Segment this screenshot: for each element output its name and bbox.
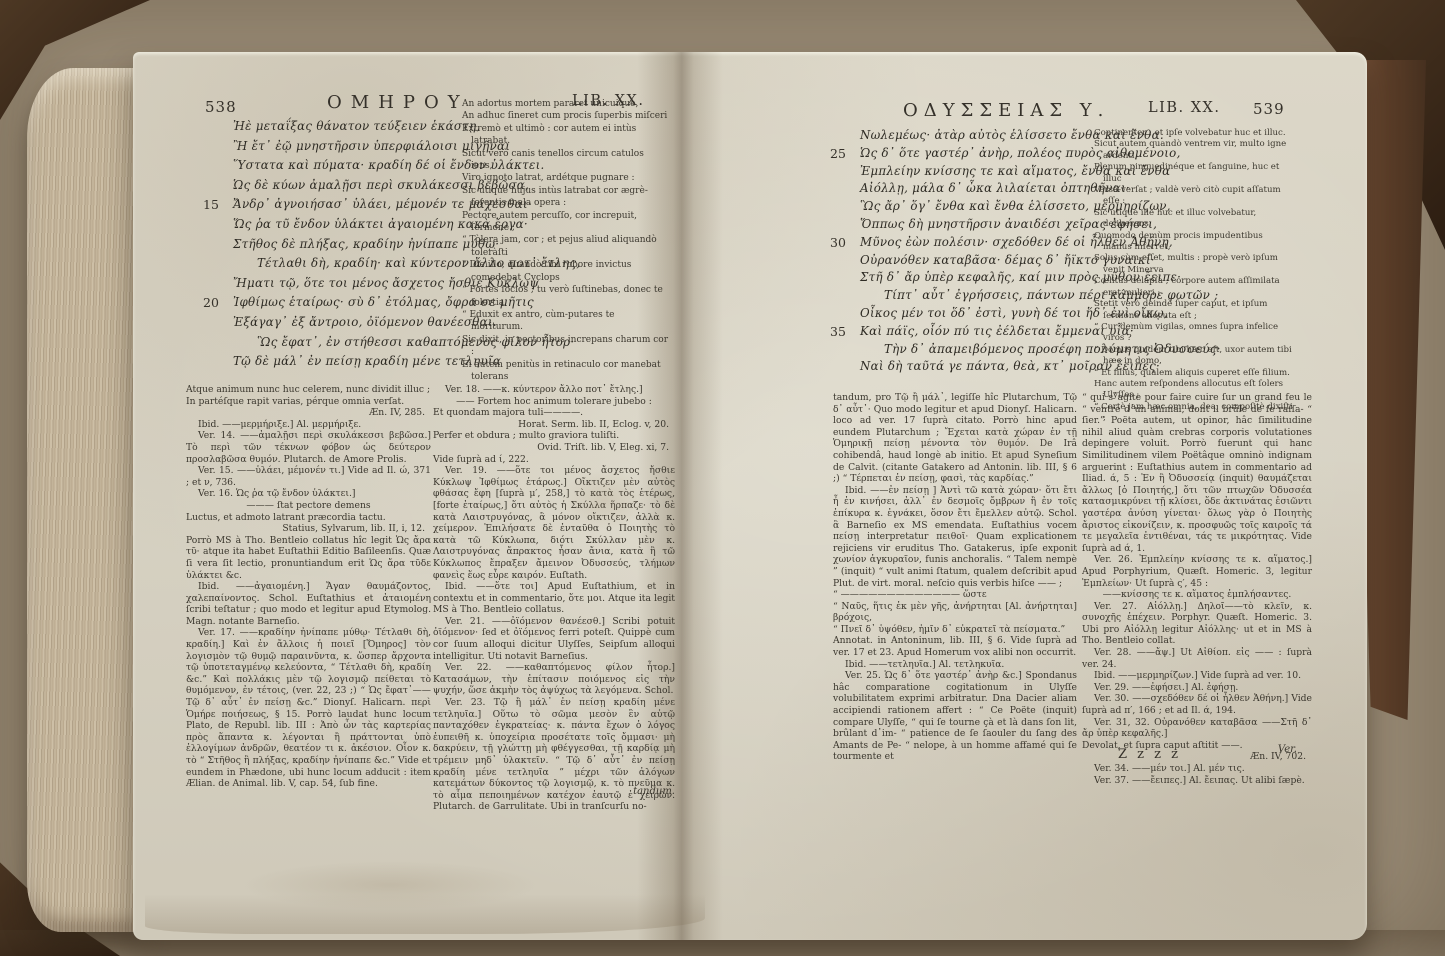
verse-line-number [830, 269, 860, 287]
verse-line-number [830, 163, 860, 181]
latin-gloss-line: “ Fortes ſocios ; tu verò ſuſtinebas, do… [462, 284, 668, 309]
latin-gloss-line: An adhuc ſineret cum procis ſuperbis miſ… [462, 110, 668, 122]
greek-verse-line: Τὴν δ᾽ ἀπαμειβόμενος προσέφη πολύμητις Ὀ… [830, 341, 1090, 359]
latin-gloss-line: Viro ignoto latrat, ardétque pugnare : [462, 172, 668, 184]
commentary-paragraph: Statius, Sylvarum, lib. II, i, 12. [186, 523, 431, 535]
latin-gloss-line: Sic utique ille huc et illuc volvebatur,… [1094, 208, 1294, 231]
page-bottom-shading [145, 894, 705, 934]
latin-gloss-line: Pectore autem percuſſo, cor increpuit, ſ… [462, 210, 668, 235]
commentary-column-2-right: “ qui s᾽agite pour faire cuire ſur un gr… [1082, 392, 1312, 786]
commentary-paragraph: Porrò MS à Tho. Bentleio collatus hîc le… [186, 535, 431, 581]
greek-verse-block-right: Νωλεμέως· ἀτὰρ αὐτὸς ἑλίσσετο ἔνθα καὶ ἔ… [830, 127, 1090, 376]
verse-line-number [830, 198, 860, 216]
commentary-paragraph: In partéſque rapit varias, pérque omnia … [186, 396, 431, 408]
verse-line-number [203, 352, 233, 372]
commentary-paragraph: Ibid. ——μερμήριξε.] Al. μερμήριξε. [186, 419, 431, 431]
commentary-paragraph: Ver. 18. ——κ. κύντερον ἄλλο ποτ᾽ ἔτλης.] [433, 384, 675, 396]
greek-verse-line: Στῆθος δὲ πλήξας, κραδίην ἠνίπαπε μύθῳ· [203, 235, 459, 255]
verse-line-number [203, 156, 233, 176]
verse-line-number [203, 215, 233, 235]
latin-gloss-line: Plenum pinguedinéque et ſanguine, huc et… [1094, 162, 1294, 185]
commentary-paragraph: Annotat. in Antoninum, lib. III, § 6. Vi… [833, 635, 1077, 658]
greek-verse-line: Ἤματι τῷ, ὅτε τοι μένος ἄσχετος ἤσθιε Κύ… [203, 274, 459, 294]
verse-line-number [203, 254, 233, 274]
greek-verse-line: Ναὶ δὴ ταῦτά γε πάντα, θεὰ, κτ᾽ μοῖραν ἔ… [830, 358, 1090, 376]
latin-gloss-line: “ Die illo, quandò tibi robore invictus … [462, 259, 668, 284]
verse-line-number: 25 [830, 145, 860, 163]
commentary-paragraph: Ver. 37. ——ἔειπες.] Al. ἔειπας. Ut alibi… [1082, 775, 1312, 787]
latin-gloss-line: Versâ-verſat ; valdè verò citò cupit aſſ… [1094, 185, 1294, 208]
commentary-paragraph: Ver. 30. ——σχεδόθεν δέ οἱ ἦλθεν Ἀθήνη.] … [1082, 693, 1312, 716]
photo-of-open-antique-book: 538 ΟΜΗΡΟΥ LIB. XX. Ἠὲ μεταΐξας θάνατον … [0, 0, 1445, 956]
greek-verse-line: Αἰόλλῃ, μάλα δ᾽ ὦκα λιλαίεται ὀπτηθῆναι· [830, 180, 1090, 198]
verse-line-number: 30 [830, 234, 860, 252]
commentary-paragraph: Æn. IV, 285. [186, 407, 431, 419]
greek-verse-line: Ἐμπλείην κνίσσης τε καὶ αἵματος, ἔνθα κα… [830, 163, 1090, 181]
catchword-left: tandum. [600, 786, 675, 797]
commentary-paragraph: “ Πνεῖ δ᾽ ὑψόθεν, ἡμῖν δ᾽ εὐκρατεῖ τὰ πε… [833, 624, 1077, 636]
verse-line-number: 20 [203, 293, 233, 313]
latin-gloss-column-left: An adortus mortem pararet unicuique, An … [462, 98, 668, 383]
verse-line-text: Στῆθος δὲ πλήξας, κραδίην ἠνίπαπε μύθῳ· [233, 235, 499, 255]
verse-line-number [203, 117, 233, 137]
verse-line-text: Ἐξάγαγ᾽ ἐξ ἄντροιο, ὀϊόμενον θανέεσθαι. [233, 313, 497, 333]
commentary-paragraph: Ver. 17. ——κραδίην ἠνίπαπε μύθῳ· Τέτλαθι… [186, 627, 431, 789]
greek-verse-line: Τίπτ᾽ αὖτ᾽ ἐγρήσσεις, πάντων πέρι κάμμορ… [830, 287, 1090, 305]
latin-gloss-line: Stetit verò deindè ſuper caput, et ipſum… [1094, 299, 1294, 322]
latin-gloss-line: Ei autem penitùs in retinaculo cor maneb… [462, 359, 668, 384]
verse-line-number [830, 252, 860, 270]
greek-verse-line: Ὡς δὲ κύων ἀμαλῇσι περὶ σκυλάκεσσι βεβῶσ… [203, 176, 459, 196]
latin-gloss-line: Sicut autem quandò ventrem vir, multo ig… [1094, 139, 1294, 162]
latin-gloss-column-right: Continenter ; et ipſe volvebatur huc et … [1094, 128, 1294, 425]
greek-verse-line: Οἶκος μέν τοι ὅδ᾽ ἐστὶ, γυνὴ δέ τοι ἥδ᾽ … [830, 305, 1090, 323]
commentary-paragraph: Ver. 15. ——ὑλάει, μέμονέν τι.] Vide ad I… [186, 465, 431, 488]
latin-gloss-line: Quomodo demùm procis impudentibus manus … [1094, 231, 1294, 254]
greek-verse-line: Ἢ ἔτ᾽ ἐῷ μνηστῆρσιν ὑπερφιάλοισι μιγῆναι [203, 137, 459, 157]
latin-gloss-line: Sic dixit, in pectoribus increpans charu… [462, 334, 668, 359]
commentary-paragraph: “ qui s᾽agite pour faire cuire ſur un gr… [1082, 392, 1312, 554]
greek-verse-line: 30 Μῦνος ἐὼν πολέσιν· σχεδόθεν δέ οἱ ἦλθ… [830, 234, 1090, 252]
commentary-paragraph: Ibid. ——ἀγαιομένη.] Ἄγαν θαυμάζοντος, χα… [186, 581, 431, 627]
commentary-paragraph: Ver. 26. Ἐμπλείην κνίσσης τε κ. αἵματος.… [1082, 554, 1312, 589]
commentary-paragraph: Ver. 16. Ὡς ῥα τῷ ἔνδον ὑλάκτει.] [186, 488, 431, 500]
commentary-paragraph: Horat. Serm. lib. II, Eclog. v, 20. [433, 419, 675, 431]
greek-verse-line: Ὣς ἔφατ᾽, ἐν στήθεσσι καθαπτόμενος φίλον… [203, 333, 459, 353]
commentary-paragraph: Ver. 28. ——ἄψ.] Ut Αἰθίοπ. εἰς —— : ſupr… [1082, 647, 1312, 670]
latin-gloss-line: Solus cùm-eſſet, multis : propè verò ipſ… [1094, 253, 1294, 276]
latin-gloss-line: “ Cur demùm vigilas, omnes ſupra infelic… [1094, 322, 1294, 345]
greek-verse-line: Τέτλαθι δὴ, κραδίη· καὶ κύντερον ἄλλο πο… [203, 254, 459, 274]
greek-verse-line: Τῷ δὲ μάλ᾽ ἐν πείσῃ κραδίη μένε τετληυῖα [203, 352, 459, 372]
commentary-paragraph: Perfer et obdura ; multo graviora tuliſt… [433, 430, 675, 442]
commentary-paragraph: “ Ναῦς, ἥτις ἐκ μὲν γῆς, ἀνήρτηται [Al. … [833, 601, 1077, 624]
commentary-paragraph: Et quondam majora tuli————. [433, 407, 675, 419]
greek-verse-line: Ὕστατα καὶ πύματα· κραδίη δέ οἱ ἔνδον ὑλ… [203, 156, 459, 176]
greek-verse-line: Ὅππως δὴ μνηστῆρσιν ἀναιδέσι χεῖρας ἐφήσ… [830, 216, 1090, 234]
commentary-paragraph: Luctus, et admoto latrant præcordia tact… [186, 512, 431, 524]
latin-gloss-line: Cœlitùs delapſa ; corpore autem aſſimila… [1094, 276, 1294, 299]
commentary-column-1-left: Atque animum nunc huc celerem, nunc divi… [186, 384, 431, 790]
greek-verse-line: Νωλεμέως· ἀτὰρ αὐτὸς ἑλίσσετο ἔνθα καὶ ἔ… [830, 127, 1090, 145]
latin-gloss-line: An adortus mortem pararet unicuique, [462, 98, 668, 110]
verse-line-number [203, 235, 233, 255]
greek-verse-line: 35 Καὶ πάϊς, οἷόν πύ τις ἐέλδεται ἔμμενα… [830, 323, 1090, 341]
verse-line-number [830, 127, 860, 145]
verse-line-number [830, 305, 860, 323]
verse-line-text: Καὶ πάϊς, οἷόν πύ τις ἐέλδεται ἔμμεναι υ… [860, 323, 1134, 341]
verse-line-text: Αἰόλλῃ, μάλα δ᾽ ὦκα λιλαίεται ὀπτηθῆναι· [860, 180, 1130, 198]
greek-verse-line: Ὣς ἄρ᾽ ὅγ᾽ ἔνθα καὶ ἔνθα ἑλίσσετο, μερμη… [830, 198, 1090, 216]
running-title-left: ΟΜΗΡΟΥ [327, 92, 469, 113]
latin-gloss-line: “ Tòlera jam, cor ; et pejus aliud aliqu… [462, 234, 668, 259]
commentary-paragraph: —— Fortem hoc animum tolerare jubebo : [433, 396, 675, 408]
verse-line-number [203, 313, 233, 333]
commentary-paragraph: Ibid. ——ὅτε τοι] Apud Euſtathium, et in … [433, 581, 675, 616]
commentary-paragraph: ——— ſtat pectore demens [186, 500, 431, 512]
verse-line-text: Τῷ δὲ μάλ᾽ ἐν πείσῃ κραδίη μένε τετληυῖα [233, 352, 501, 372]
commentary-paragraph: Ver. 29. ——ἐφήσει.] Al. ἐφήσῃ. [1082, 682, 1312, 694]
verse-line-number [203, 274, 233, 294]
commentary-paragraph: “ ————————————— ὥστε [833, 589, 1077, 601]
commentary-paragraph: Ver. 14. ——ἀμαλῇσι περὶ σκυλάκεσσι βεβῶσ… [186, 430, 431, 465]
latin-gloss-line: Extremò et ultimò : cor autem ei intùs l… [462, 123, 668, 148]
latin-gloss-line: “ Eduxit ex antro, cùm-putares te moritu… [462, 309, 668, 334]
page-number-left: 538 [205, 98, 237, 116]
latin-gloss-line: “ Et filius, qualem aliquis cuperet eſſe… [1094, 368, 1294, 379]
commentary-paragraph: Ver. 34. ——μέν τοι.] Al. μέν τις. [1082, 763, 1312, 775]
verse-line-number [830, 358, 860, 376]
verse-line-number [830, 216, 860, 234]
verse-line-number [203, 176, 233, 196]
verse-line-number [830, 180, 860, 198]
commentary-paragraph: Ver. 25. Ὡς δ᾽ ὅτε γαστέρ᾽ ἀνὴρ &c.] Spo… [833, 670, 1077, 763]
latin-gloss-line: Sic utique hujus intùs latrabat cor ægrè… [462, 185, 668, 210]
verse-line-number [830, 287, 860, 305]
commentary-paragraph: Ver. 22. ——καθαπτόμενος φίλον ἦτορ.] Κατ… [433, 662, 675, 697]
greek-verse-line: Στῆ δ᾽ ἄρ ὑπὲρ κεφαλῆς, καί μιν πρὸς μῦθ… [830, 269, 1090, 287]
verse-line-number: 35 [830, 323, 860, 341]
commentary-column-2-left: Ver. 18. ——κ. κύντερον ἄλλο ποτ᾽ ἔτλης.]… [433, 384, 675, 813]
greek-verse-line: 25 Ὡς δ᾽ ὅτε γαστέρ᾽ ἀνὴρ, πολέος πυρὸς … [830, 145, 1090, 163]
greek-verse-line: Οὐρανόθεν καταβᾶσα· δέμας δ᾽ ἤϊκτο γυναι… [830, 252, 1090, 270]
greek-verse-line: 20 Ἰφθίμως ἑταίρως· σὺ δ᾽ ἐτόλμας, ὄφρα … [203, 293, 459, 313]
commentary-paragraph: Ibid. ——ἐν πείσῃ ] Ἀντὶ τῶ κατὰ χώραν· ὅ… [833, 485, 1077, 589]
commentary-paragraph: Ibid. ——τετληυῖα.] Al. τετληκυῖα. [833, 659, 1077, 671]
commentary-paragraph: ——κνίσσης τε κ. αἵματος ἐμπλήσαντες. [1082, 589, 1312, 601]
commentary-paragraph: Ver. 31, 32. Οὐρανόθεν καταβᾶσα ——Στῆ δ᾽… [1082, 717, 1312, 740]
page-number-right: 539 [1253, 100, 1285, 118]
verse-line-number [203, 333, 233, 353]
greek-verse-line: Ὥς ῥα τῦ ἔνδον ὑλάκτει ἀγαιομένη κακὰ ἔρ… [203, 215, 459, 235]
commentary-paragraph: Ibid. ——μερμηρίζων.] Vide ſuprà ad ver. … [1082, 670, 1312, 682]
commentary-paragraph: Ver. 21. ——ὀϊόμενον θανέεσθ.] Scribi pot… [433, 616, 675, 662]
greek-verse-block-left: Ἠὲ μεταΐξας θάνατον τεύξειεν ἑκάστῃ, Ἢ ἔ… [203, 117, 459, 372]
verse-line-text: Ἠὲ μεταΐξας θάνατον τεύξειεν ἑκάστῃ, [233, 117, 481, 137]
greek-verse-line: Ἐξάγαγ᾽ ἐξ ἄντροιο, ὀϊόμενον θανέεσθαι. [203, 313, 459, 333]
verse-line-number [830, 341, 860, 359]
commentary-paragraph: Atque animum nunc huc celerem, nunc divi… [186, 384, 431, 396]
stacked-page-edges-left [27, 68, 143, 932]
catchword-right: Ver. [1235, 744, 1297, 755]
greek-verse-line: 15 Ἄνδρ᾽ ἀγνοιήσασ᾽ ὑλάει, μέμονέν τε μά… [203, 195, 459, 215]
gathering-signature: Z z z z [1118, 747, 1181, 762]
commentary-paragraph: Ver. 19. ——ὅτε τοι μένος ἄσχετος ἤσθιε Κ… [433, 465, 675, 581]
book-label-right: LIB. XX. [1148, 100, 1221, 116]
commentary-paragraph: Vide ſuprà ad ί, 222. [433, 454, 675, 466]
verse-line-number [203, 137, 233, 157]
verse-line-number: 15 [203, 195, 233, 215]
commentary-paragraph: Ovid. Triſt. lib. V, Eleg. xi, 7. [433, 442, 675, 454]
commentary-column-1-right: tandum, pro Τῷ ἢ μάλ᾽, legiſſe hîc Pluta… [833, 392, 1077, 763]
commentary-paragraph: tandum, pro Τῷ ἢ μάλ᾽, legiſſe hîc Pluta… [833, 392, 1077, 485]
latin-gloss-line: Sicut verò canis tenellos circum catulos… [462, 148, 668, 173]
latin-gloss-line: “ Domus quidem tibi hæc eſt, uxor autem … [1094, 345, 1294, 368]
commentary-paragraph: Ver. 27. Αἰόλλῃ.] Δηλοῖ——τὸ κλεῖν, κ. συ… [1082, 601, 1312, 647]
greek-verse-line: Ἠὲ μεταΐξας θάνατον τεύξειεν ἑκάστῃ, [203, 117, 459, 137]
running-title-right: ΟΔΥΣΣΕΙΑΣ Υ. [903, 100, 1109, 121]
latin-gloss-line: Continenter ; et ipſe volvebatur huc et … [1094, 128, 1294, 139]
